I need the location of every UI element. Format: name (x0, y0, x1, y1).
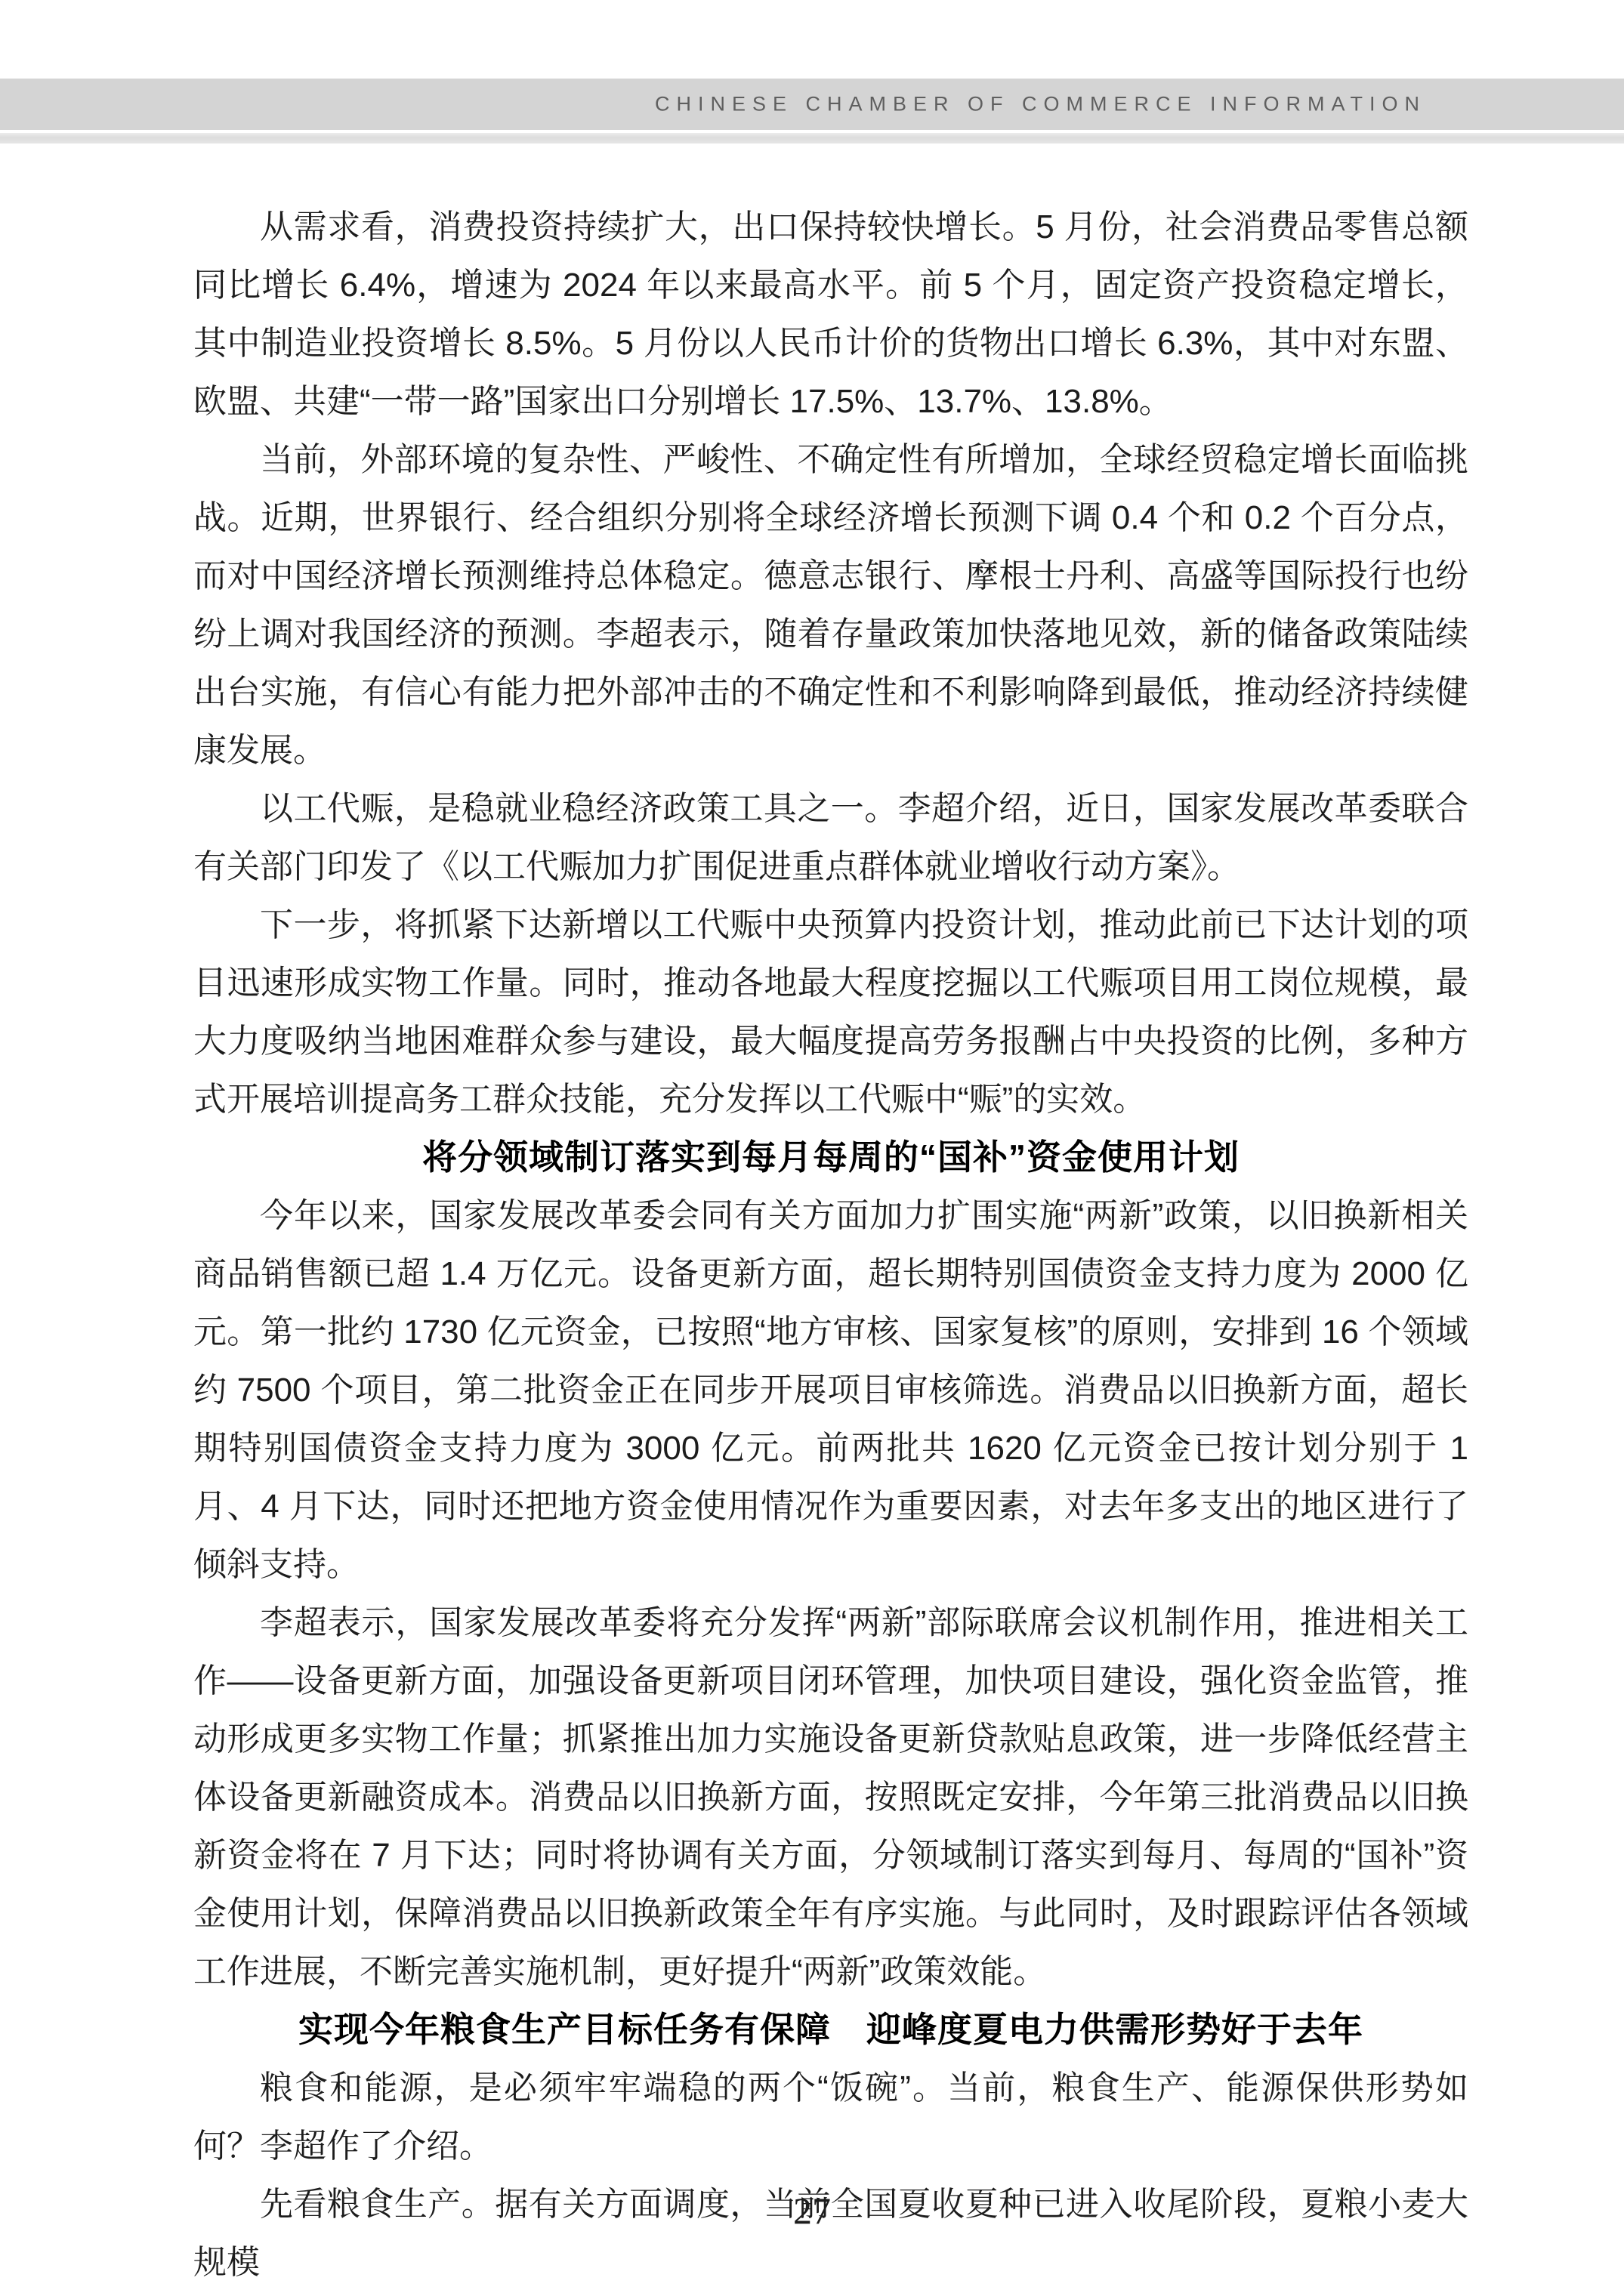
section-heading-guobu-funds-plan: 将分领域制订落实到每月每周的“国补”资金使用计划 (193, 1128, 1468, 1187)
document-page: CHINESE CHAMBER OF COMMERCE INFORMATION … (0, 0, 1624, 2293)
paragraph-two-new-mechanism: 李超表示，国家发展改革委将充分发挥“两新”部际联席会议机制作用，推进相关工作——… (193, 1594, 1468, 2001)
paragraph-work-relief-next-steps: 下一步，将抓紧下达新增以工代赈中央预算内投资计划，推动此前已下达计划的项目迅速形… (193, 896, 1468, 1128)
header-band: CHINESE CHAMBER OF COMMERCE INFORMATION (0, 79, 1624, 130)
article-body: 从需求看，消费投资持续扩大，出口保持较快增长。5 月份，社会消费品零售总额同比增… (193, 198, 1468, 2291)
page-number: 27 (0, 2189, 1624, 2233)
paragraph-demand-growth: 从需求看，消费投资持续扩大，出口保持较快增长。5 月份，社会消费品零售总额同比增… (193, 198, 1468, 431)
header-banner-text: CHINESE CHAMBER OF COMMERCE INFORMATION (655, 93, 1426, 116)
paragraph-external-environment: 当前，外部环境的复杂性、严峻性、不确定性有所增加，全球经贸稳定增长面临挑战。近期… (193, 431, 1468, 779)
paragraph-two-new-funds: 今年以来，国家发展改革委会同有关方面加力扩围实施“两新”政策，以旧换新相关商品销… (193, 1187, 1468, 1594)
paragraph-grain-energy-bowls: 粮食和能源，是必须牢牢端稳的两个“饭碗”。当前，粮食生产、能源保供形势如何？李超… (193, 2059, 1468, 2175)
header-rule (0, 133, 1624, 144)
section-heading-grain-power: 实现今年粮食生产目标任务有保障 迎峰度夏电力供需形势好于去年 (193, 2001, 1468, 2059)
paragraph-work-relief-intro: 以工代赈，是稳就业稳经济政策工具之一。李超介绍，近日，国家发展改革委联合有关部门… (193, 779, 1468, 896)
